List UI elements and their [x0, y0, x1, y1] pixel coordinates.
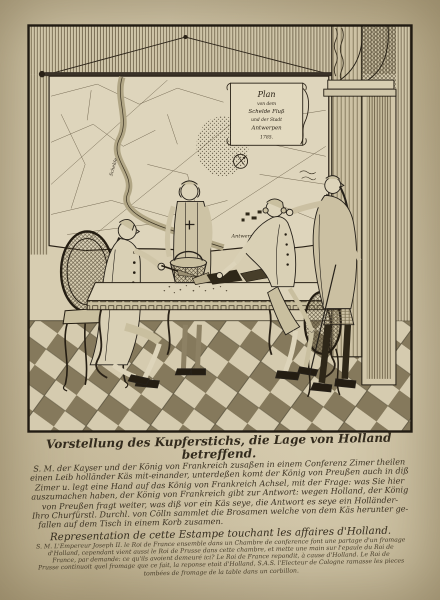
cartouche-line-6: 1785. — [260, 134, 274, 140]
engraving-scene: Antwerpen Schelde Plan von dem Schelde F… — [27, 24, 413, 433]
cartouche-line-4: und der Stadt — [251, 118, 282, 123]
cartouche-line-1: Plan — [257, 90, 276, 99]
cartouche-line-5: Antwerpen — [251, 125, 283, 131]
cartouche-line-2: von dem — [257, 102, 276, 107]
door-panel-hatch — [367, 96, 391, 379]
scanned-print-page: Antwerpen Schelde Plan von dem Schelde F… — [0, 0, 440, 600]
cartouche-line-3: Schelde Fluß — [249, 109, 285, 115]
map-cartouche: Plan von dem Schelde Fluß und der Stadt … — [227, 83, 309, 145]
caption-block: Vorstellung des Kupferstichs, die Lage v… — [23, 431, 418, 579]
pedestal-crosshatch — [362, 26, 396, 88]
